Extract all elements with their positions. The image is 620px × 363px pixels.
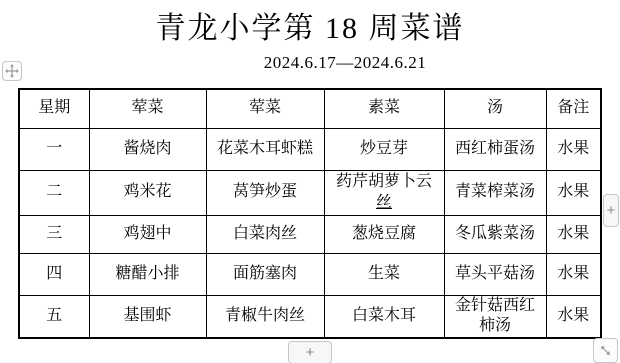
- cell-note[interactable]: 水果: [546, 295, 601, 338]
- cell-meat2[interactable]: 莴笋炒蛋: [206, 170, 324, 215]
- cell-meat2[interactable]: 面筋塞肉: [206, 253, 324, 295]
- cell-soup[interactable]: 草头平菇汤: [444, 253, 546, 295]
- col-header-veg[interactable]: 素菜: [324, 89, 444, 128]
- veg-text-line1: 药芹胡萝卜云: [336, 173, 432, 190]
- move-icon: [5, 64, 19, 78]
- table-row-thursday: 四 糖醋小排 面筋塞肉 生菜 草头平菇汤 水果: [19, 253, 601, 295]
- resize-icon: [599, 344, 612, 357]
- col-header-meat1[interactable]: 荤菜: [89, 89, 206, 128]
- cell-day[interactable]: 二: [19, 170, 89, 215]
- col-header-meat2[interactable]: 荤菜: [206, 89, 324, 128]
- cell-veg[interactable]: 炒豆芽: [324, 128, 444, 170]
- soup-text-line1: 金针菇西红: [455, 297, 535, 314]
- col-header-note[interactable]: 备注: [546, 89, 601, 128]
- cell-meat2[interactable]: 白菜肉丝: [206, 215, 324, 253]
- table-row-tuesday: 二 鸡米花 莴笋炒蛋 药芹胡萝卜云丝 青菜榨菜汤 水果: [19, 170, 601, 215]
- page-title: 青龙小学第 18 周菜谱: [0, 3, 620, 47]
- cell-soup[interactable]: 青菜榨菜汤: [444, 170, 546, 215]
- cell-day[interactable]: 五: [19, 295, 89, 338]
- cell-soup[interactable]: 冬瓜紫菜汤: [444, 215, 546, 253]
- col-header-soup[interactable]: 汤: [444, 89, 546, 128]
- cell-soup[interactable]: 西红柿蛋汤: [444, 128, 546, 170]
- cell-day[interactable]: 一: [19, 128, 89, 170]
- cell-soup[interactable]: 金针菇西红柿汤: [444, 295, 546, 338]
- table-move-handle[interactable]: [2, 61, 22, 81]
- col-header-day[interactable]: 星期: [19, 89, 89, 128]
- cell-meat2[interactable]: 青椒牛肉丝: [206, 295, 324, 338]
- cell-meat2[interactable]: 花菜木耳虾糕: [206, 128, 324, 170]
- table-row-monday: 一 酱烧肉 花菜木耳虾糕 炒豆芽 西红柿蛋汤 水果: [19, 128, 601, 170]
- cell-meat1[interactable]: 鸡米花: [89, 170, 206, 215]
- plus-icon: +: [306, 345, 315, 360]
- cell-veg[interactable]: 白菜木耳: [324, 295, 444, 338]
- cell-meat1[interactable]: 糖醋小排: [89, 253, 206, 295]
- cell-veg[interactable]: 葱烧豆腐: [324, 215, 444, 253]
- cell-note[interactable]: 水果: [546, 170, 601, 215]
- document-page: 青龙小学第 18 周菜谱 2024.6.17—2024.6.21 星期 荤菜 荤…: [0, 0, 620, 363]
- table-row-wednesday: 三 鸡翅中 白菜肉丝 葱烧豆腐 冬瓜紫菜汤 水果: [19, 215, 601, 253]
- soup-text-line2: 柿汤: [479, 317, 511, 334]
- cell-note[interactable]: 水果: [546, 128, 601, 170]
- cell-meat1[interactable]: 基围虾: [89, 295, 206, 338]
- menu-table: 星期 荤菜 荤菜 素菜 汤 备注 一 酱烧肉 花菜木耳虾糕 炒豆芽 西红柿蛋汤 …: [18, 88, 602, 339]
- table-row-friday: 五 基围虾 青椒牛肉丝 白菜木耳 金针菇西红柿汤 水果: [19, 295, 601, 338]
- cell-meat1[interactable]: 酱烧肉: [89, 128, 206, 170]
- add-row-button[interactable]: +: [288, 341, 332, 363]
- add-column-button[interactable]: +: [603, 194, 619, 227]
- cell-note[interactable]: 水果: [546, 215, 601, 253]
- table-resize-handle[interactable]: [593, 338, 618, 363]
- cell-veg[interactable]: 生菜: [324, 253, 444, 295]
- header-row: 星期 荤菜 荤菜 素菜 汤 备注: [19, 89, 601, 128]
- cell-day[interactable]: 三: [19, 215, 89, 253]
- cell-day[interactable]: 四: [19, 253, 89, 295]
- cell-veg[interactable]: 药芹胡萝卜云丝: [324, 170, 444, 215]
- cell-meat1[interactable]: 鸡翅中: [89, 215, 206, 253]
- plus-icon: +: [607, 203, 616, 218]
- date-range: 2024.6.17—2024.6.21: [35, 53, 620, 73]
- cell-note[interactable]: 水果: [546, 253, 601, 295]
- veg-text-line2-underlined: 丝: [376, 194, 392, 211]
